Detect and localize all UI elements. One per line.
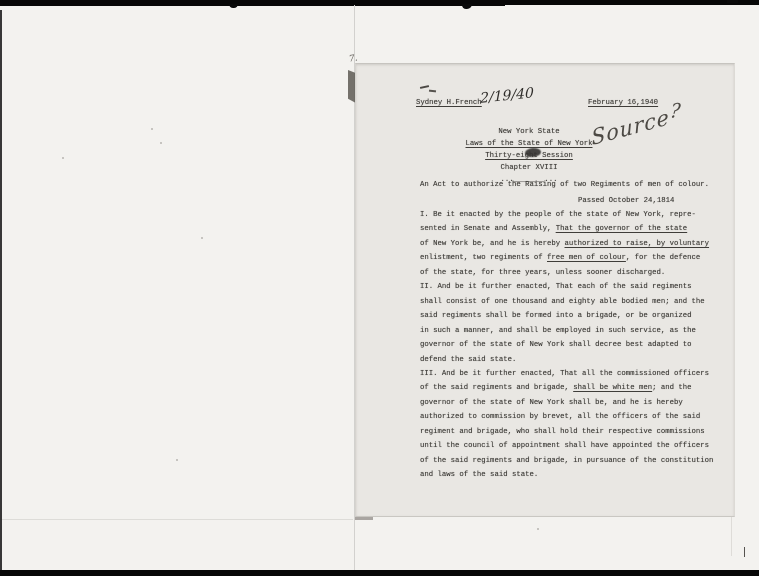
title-line: Chapter XVIII — [356, 162, 702, 174]
act-body-line: authorized to commission by brevet, all … — [420, 410, 720, 424]
left-page-bottom-edge — [2, 519, 353, 520]
dust-speck — [62, 157, 64, 159]
passed-line: Passed October 24,1814 — [578, 195, 674, 207]
researcher-name: Sydney H.French — [416, 97, 482, 109]
handwritten-date: 2/19/40 — [480, 85, 534, 107]
document-page: Sydney H.French 2/19/40 February 16,1940… — [355, 63, 735, 517]
dust-speck — [201, 237, 203, 239]
act-body-line: II. And be it further enacted, That each… — [420, 280, 720, 294]
dust-speck — [176, 459, 178, 461]
act-body-line: enlistment, two regiments of free men of… — [420, 251, 720, 265]
act-body-line: and laws of the said state. — [420, 468, 720, 482]
film-border-top-thick — [0, 0, 505, 6]
dust-speck — [160, 142, 162, 144]
underlined-phrase: authorized to raise, by voluntary — [565, 240, 710, 248]
act-body-line: regiment and brigade, who shall hold the… — [420, 425, 720, 439]
film-mark-top-right — [727, 0, 738, 3]
act-body-line: of the said regiments and brigade, in pu… — [420, 454, 720, 468]
act-body-line: sented in Senate and Assembly, That the … — [420, 222, 720, 236]
film-border-left — [0, 10, 2, 570]
underlined-phrase: free men of colour — [547, 254, 626, 262]
act-body-line: shall consist of one thousand and eighty… — [420, 295, 720, 309]
act-body-line: in such a manner, and shall be employed … — [420, 324, 720, 338]
film-tick-right — [744, 547, 745, 557]
dust-speck — [151, 128, 153, 130]
underlined-phrase: That the governor of the state — [556, 225, 687, 233]
act-body-line: defend the said state. — [420, 353, 720, 367]
microfilm-frame: 7. Sydney H.French 2/19/40 February 16,1… — [0, 0, 759, 576]
act-body-line: of New York be, and he is hereby authori… — [420, 237, 720, 251]
film-border-bottom — [0, 570, 759, 576]
act-body-line: governor of the state of New York shall … — [420, 396, 720, 410]
dust-speck — [537, 528, 539, 530]
act-body-line: said regiments shall be formed into a br… — [420, 309, 720, 323]
act-body-line: until the council of appointment shall h… — [420, 439, 720, 453]
document-date: February 16,1940 — [588, 97, 658, 109]
act-body-line: III. And be it further enacted, That all… — [420, 367, 720, 381]
act-body-line: of the state, for three years, unless so… — [420, 266, 720, 280]
film-notch — [229, 4, 238, 8]
act-body: I. Be it enacted by the people of the st… — [420, 208, 720, 483]
underlined-phrase: shall be white men — [573, 384, 652, 392]
question-mark: ? — [669, 100, 682, 123]
act-body-line: governor of the state of New York shall … — [420, 338, 720, 352]
act-body-line: I. Be it enacted by the people of the st… — [420, 208, 720, 222]
film-notch — [462, 4, 472, 9]
act-body-line: of the said regiments and brigade, shall… — [420, 381, 720, 395]
act-title: An Act to authorize the Raising of two R… — [420, 179, 709, 191]
